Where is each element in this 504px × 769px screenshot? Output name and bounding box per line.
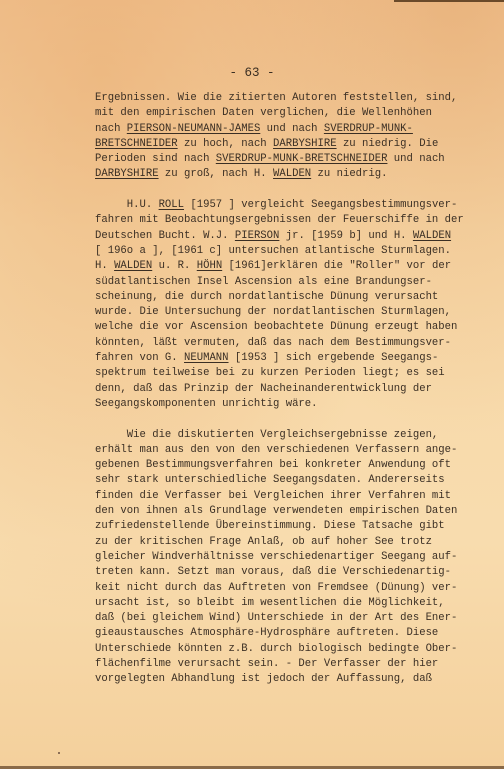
underlined-author-name: WALDEN [413,230,451,242]
text-segment: könnten, läßt vermuten, daß das nach dem… [95,337,451,349]
underlined-author-name: ROLL [159,199,184,211]
text-line: [ 196o a ], [1961 c] untersuchen atlanti… [95,244,455,259]
text-line: H.U. ROLL [1957 ] vergleicht Seegangsbes… [95,198,455,213]
underlined-author-name: WALDEN [273,168,311,180]
text-line: vorgelegten Abhandlung ist jedoch der Au… [95,672,455,687]
text-line: finden die Verfasser bei Vergleichen ihr… [95,489,455,504]
paragraph: H.U. ROLL [1957 ] vergleicht Seegangsbes… [95,198,455,412]
text-line: keit nicht durch das Auftreten von Fremd… [95,581,455,596]
text-segment: Ergebnissen. Wie die zitierten Autoren f… [95,92,457,104]
text-line: gieaustausches Atmosphäre-Hydrosphäre au… [95,626,455,641]
text-segment: und nach [387,153,444,165]
underlined-author-name: PIERSON [235,230,280,242]
text-segment: zu hoch, nach [178,138,273,150]
text-segment: zu groß, nach H. [159,168,273,180]
text-segment: gleicher Windverhältnisse verschiedenart… [95,551,457,563]
underlined-author-name: SVERDRUP-MUNK-BRETSCHNEIDER [216,153,388,165]
text-segment: spektrum teilweise bei zu kurzen Periode… [95,367,445,379]
text-line: Ergebnissen. Wie die zitierten Autoren f… [95,91,455,106]
text-line: fahren mit Beobachtungsergebnissen der F… [95,213,455,228]
text-line: treten kann. Setzt man voraus, daß die V… [95,565,455,580]
text-line: könnten, läßt vermuten, daß das nach dem… [95,336,455,351]
text-segment: fahren mit Beobachtungsergebnissen der F… [95,214,464,226]
document-page: - 63 - Ergebnissen. Wie die zitierten Au… [0,0,504,769]
text-line: nach PIERSON-NEUMANN-JAMES und nach SVER… [95,122,455,137]
text-segment: H. [95,260,114,272]
text-line: spektrum teilweise bei zu kurzen Periode… [95,366,455,381]
text-line: fahren von G. NEUMANN [1953 ] sich ergeb… [95,351,455,366]
text-segment: [1957 ] vergleicht Seegangsbestimmungsve… [184,199,457,211]
text-line: mit den empirischen Daten verglichen, di… [95,106,455,121]
text-segment: H.U. [95,199,159,211]
text-segment: gieaustausches Atmosphäre-Hydrosphäre au… [95,627,438,639]
text-line: denn, daß das Prinzip der Nacheinanderen… [95,382,455,397]
text-segment: und nach [260,123,324,135]
text-line: erhält man aus den von den verschiedenen… [95,443,455,458]
text-segment: südatlantischen Insel Ascension als eine… [95,276,432,288]
text-line: ursacht ist, so bleibt im wesentlichen d… [95,596,455,611]
text-segment: mit den empirischen Daten verglichen, di… [95,107,432,119]
text-line: den von ihnen als Grundlage verwendeten … [95,504,455,519]
text-line: Perioden sind nach SVERDRUP-MUNK-BRETSCH… [95,152,455,167]
text-line: daß (bei gleichem Wind) Unterschiede in … [95,611,455,626]
text-segment: Seegangskomponenten unrichtig wäre. [95,398,318,410]
text-segment: zufriedenstellende Übereinstimmung. Dies… [95,520,445,532]
text-line: welche die vor Ascension beobachtete Dün… [95,320,455,335]
underlined-author-name: HÖHN [197,260,222,272]
text-segment: erhält man aus den von den verschiedenen… [95,444,457,456]
text-line: gebenen Bestimmungsverfahren bei konkret… [95,458,455,473]
text-segment: scheinung, die durch nordatlantische Dün… [95,291,438,303]
body-text: Ergebnissen. Wie die zitierten Autoren f… [95,91,455,688]
text-segment: Wie die diskutierten Vergleichsergebniss… [95,429,438,441]
paragraph: Ergebnissen. Wie die zitierten Autoren f… [95,91,455,183]
page-number: - 63 - [0,66,504,80]
underlined-author-name: PIERSON-NEUMANN-JAMES [127,123,261,135]
text-segment: jr. [1959 b] und H. [279,230,413,242]
text-line: H. WALDEN u. R. HÖHN [1961]erklären die … [95,259,455,274]
text-segment: welche die vor Ascension beobachtete Dün… [95,321,457,333]
text-line: zufriedenstellende Übereinstimmung. Dies… [95,519,455,534]
text-line: wurde. Die Untersuchung der nordatlantis… [95,305,455,320]
text-line: BRETSCHNEIDER zu hoch, nach DARBYSHIRE z… [95,137,455,152]
text-segment: [ 196o a ], [1961 c] untersuchen atlanti… [95,245,451,257]
text-line: Seegangskomponenten unrichtig wäre. [95,397,455,412]
text-segment: keit nicht durch das Auftreten von Fremd… [95,582,457,594]
text-segment: [1953 ] sich ergebende Seegangs- [229,352,439,364]
text-line: zu der kritischen Frage Anlaß, ob auf ho… [95,535,455,550]
text-segment: wurde. Die Untersuchung der nordatlantis… [95,306,451,318]
text-line: scheinung, die durch nordatlantische Dün… [95,290,455,305]
text-line: Wie die diskutierten Vergleichsergebniss… [95,428,455,443]
text-segment: Unterschiede könnten z.B. durch biologis… [95,643,457,655]
text-segment: finden die Verfasser bei Vergleichen ihr… [95,490,451,502]
text-segment: gebenen Bestimmungsverfahren bei konkret… [95,459,451,471]
text-segment: Deutschen Bucht. W.J. [95,230,235,242]
underlined-author-name: WALDEN [114,260,152,272]
text-line: südatlantischen Insel Ascension als eine… [95,275,455,290]
text-segment: sehr stark unterschiedliche Seegangsdate… [95,474,445,486]
text-segment: fahren von G. [95,352,184,364]
text-line: sehr stark unterschiedliche Seegangsdate… [95,473,455,488]
text-segment: daß (bei gleichem Wind) Unterschiede in … [95,612,457,624]
text-segment: nach [95,123,127,135]
text-line: DARBYSHIRE zu groß, nach H. WALDEN zu ni… [95,167,455,182]
scan-speck [58,752,60,754]
text-segment: zu niedrig. [311,168,387,180]
text-segment: [1961]erklären die "Roller" vor der [222,260,451,272]
text-segment: ursacht ist, so bleibt im wesentlichen d… [95,597,445,609]
paragraph-gap [95,183,455,198]
text-segment: zu niedrig. Die [337,138,439,150]
text-segment: treten kann. Setzt man voraus, daß die V… [95,566,451,578]
underlined-author-name: NEUMANN [184,352,229,364]
text-segment: zu der kritischen Frage Anlaß, ob auf ho… [95,536,432,548]
text-segment: denn, daß das Prinzip der Nacheinanderen… [95,383,432,395]
underlined-author-name: SVERDRUP-MUNK- [324,123,413,135]
text-line: Unterschiede könnten z.B. durch biologis… [95,642,455,657]
paragraph-gap [95,412,455,427]
text-line: Deutschen Bucht. W.J. PIERSON jr. [1959 … [95,229,455,244]
text-line: flächenfilme verursacht sein. - Der Verf… [95,657,455,672]
underlined-author-name: BRETSCHNEIDER [95,138,178,150]
text-segment: u. R. [152,260,197,272]
text-line: gleicher Windverhältnisse verschiedenart… [95,550,455,565]
underlined-author-name: DARBYSHIRE [95,168,159,180]
text-segment: den von ihnen als Grundlage verwendeten … [95,505,457,517]
underlined-author-name: DARBYSHIRE [273,138,337,150]
text-segment: flächenfilme verursacht sein. - Der Verf… [95,658,438,670]
text-segment: vorgelegten Abhandlung ist jedoch der Au… [95,673,432,685]
scan-edge-top [394,0,504,2]
text-segment: Perioden sind nach [95,153,216,165]
paragraph: Wie die diskutierten Vergleichsergebniss… [95,428,455,688]
